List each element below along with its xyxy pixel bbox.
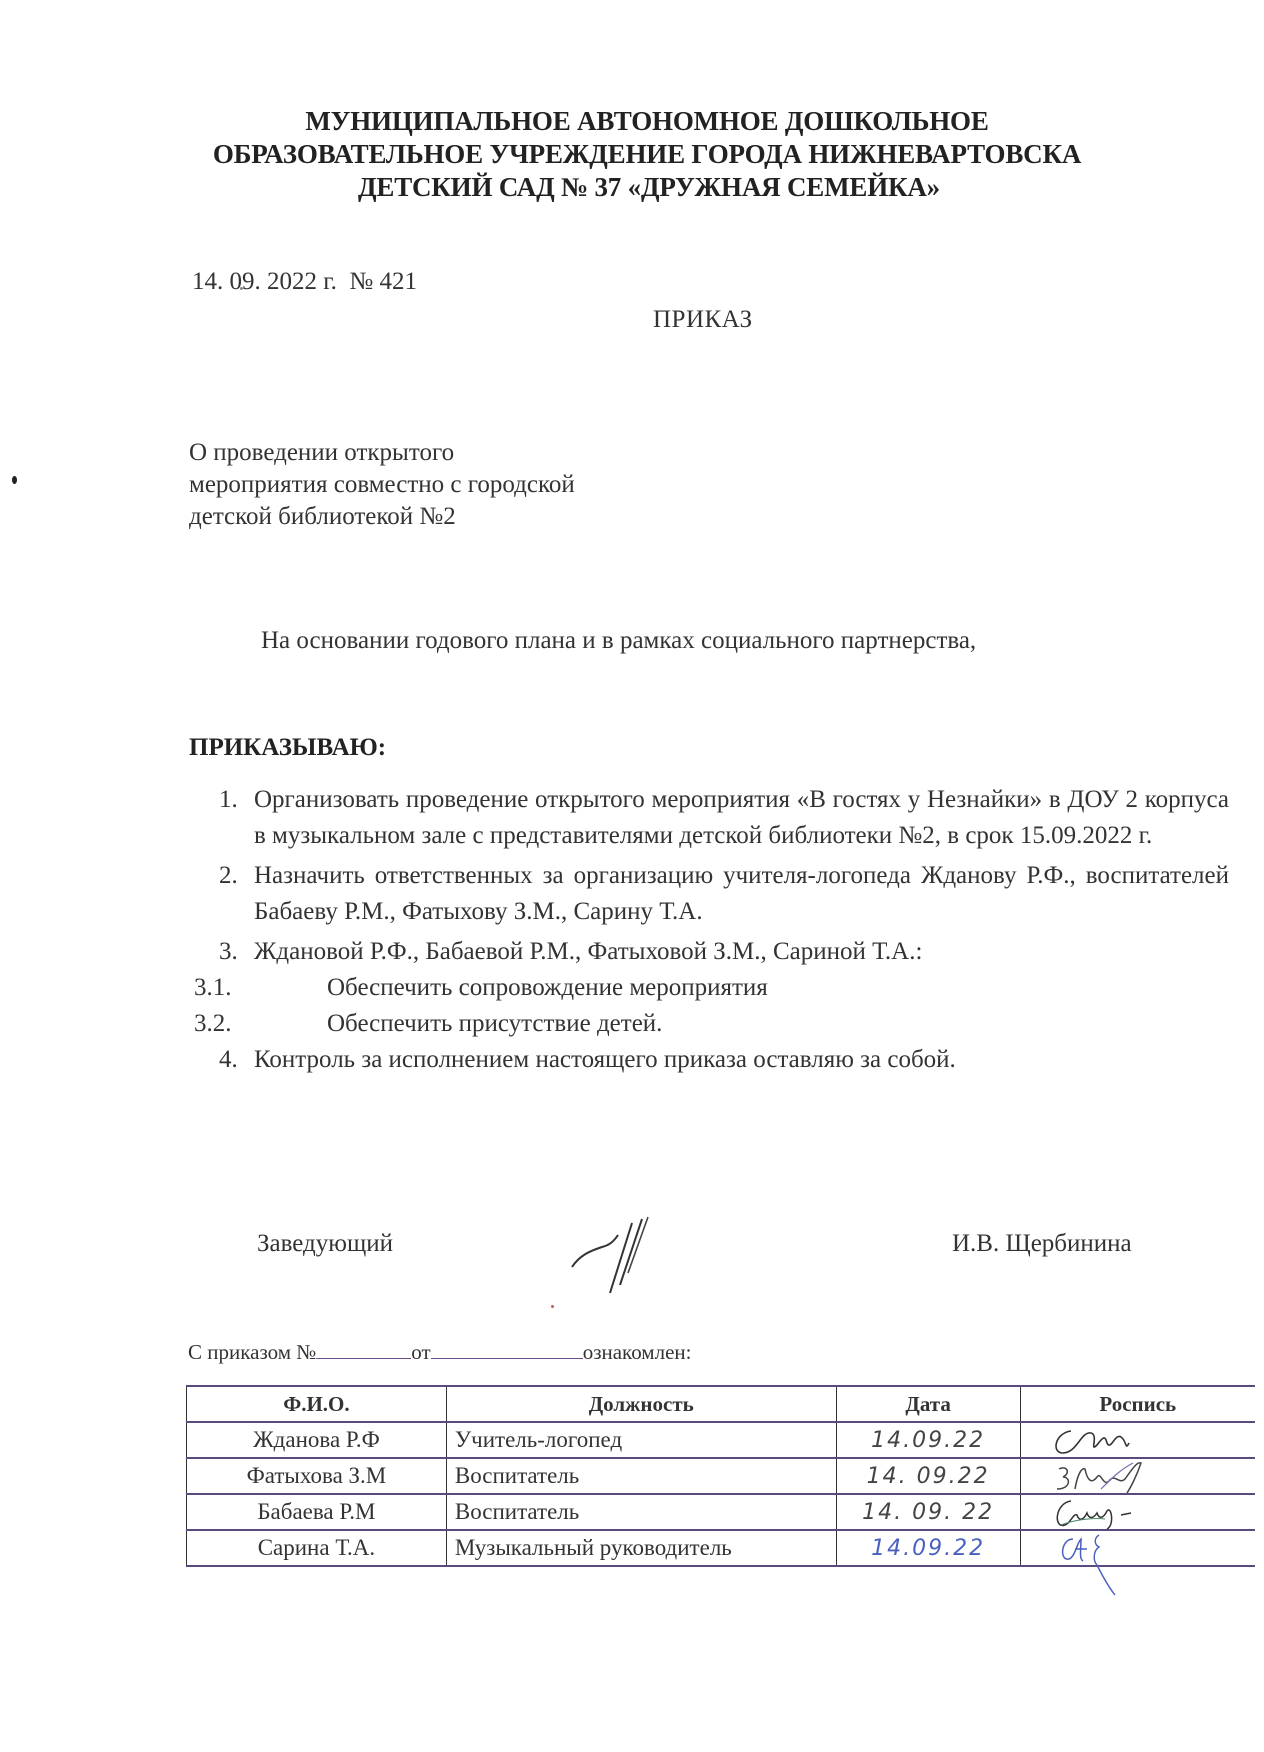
item-number: 3.: [189, 934, 254, 970]
institution-name-line-3: ДЕТСКИЙ САД № 37 «ДРУЖНАЯ СЕМЕЙКА»: [0, 171, 1264, 204]
cell-position: Музыкальный руководитель: [446, 1530, 836, 1566]
cell-signature: [1020, 1494, 1255, 1530]
signature-scribble-icon: [1041, 1531, 1181, 1601]
cell-signature: [1020, 1530, 1255, 1566]
institution-header: МУНИЦИПАЛЬНОЕ АВТОНОМНОЕ ДОШКОЛЬНОЕ ОБРА…: [0, 105, 1264, 204]
item-number: 1.: [189, 782, 254, 854]
cell-signature: [1020, 1422, 1255, 1458]
cell-position: Учитель-логопед: [446, 1422, 836, 1458]
column-header-signature: Роспись: [1020, 1386, 1255, 1422]
subject-line-3: детской библиотекой №2: [189, 501, 575, 533]
table-row: Жданова Р.Ф Учитель-логопед 14.09.22: [187, 1422, 1256, 1458]
order-date-blank[interactable]: [431, 1340, 583, 1359]
cell-date: 14.09.22: [836, 1530, 1020, 1566]
document-title: ПРИКАЗ: [653, 306, 753, 334]
order-number-blank[interactable]: [316, 1340, 411, 1359]
cell-position: Воспитатель: [446, 1494, 836, 1530]
signatory-name: И.В. Щербинина: [952, 1230, 1132, 1258]
scan-artifact: [12, 476, 17, 484]
item-number: 3.2.: [194, 1006, 269, 1042]
scan-artifact: [240, 287, 243, 290]
item-text: Ждановой Р.Ф., Бабаевой Р.М., Фатыховой …: [254, 934, 1229, 970]
scan-artifact: [551, 1305, 554, 1308]
item-text: Контроль за исполнением настоящего прика…: [254, 1042, 1229, 1078]
cell-signature: [1020, 1458, 1255, 1494]
item-text: Организовать проведение открытого меропр…: [254, 782, 1229, 854]
ack-prefix: С приказом №: [188, 1340, 316, 1364]
institution-name-line-1: МУНИЦИПАЛЬНОЕ АВТОНОМНОЕ ДОШКОЛЬНОЕ: [0, 105, 1264, 138]
cell-position: Воспитатель: [446, 1458, 836, 1494]
cell-fio: Фатыхова З.М: [187, 1458, 447, 1494]
order-subitem: 3.2. Обеспечить присутствие детей.: [189, 1006, 1229, 1042]
order-items-list: 1. Организовать проведение открытого мер…: [189, 782, 1229, 1082]
subject-line-1: О проведении открытого: [189, 437, 575, 469]
ack-suffix: ознакомлен:: [583, 1340, 692, 1364]
item-text: Обеспечить присутствие детей.: [269, 1006, 1229, 1042]
ack-middle: от: [411, 1340, 430, 1364]
acknowledgement-line: С приказом №отознакомлен:: [188, 1340, 691, 1365]
item-text: Назначить ответственных за организацию у…: [254, 858, 1229, 930]
table-row: Фатыхова З.М Воспитатель 14. 09.22: [187, 1458, 1256, 1494]
column-header-date: Дата: [836, 1386, 1020, 1422]
institution-name-line-2: ОБРАЗОВАТЕЛЬНОЕ УЧРЕЖДЕНИЕ ГОРОДА НИЖНЕВ…: [0, 138, 1264, 171]
order-item: 1. Организовать проведение открытого мер…: [189, 782, 1229, 854]
order-subitem: 3.1. Обеспечить сопровождение мероприяти…: [189, 970, 1229, 1006]
table-row: Бабаева Р.М Воспитатель 14. 09. 22: [187, 1494, 1256, 1530]
item-text: Обеспечить сопровождение мероприятия: [269, 970, 1229, 1006]
table-row: Сарина Т.А. Музыкальный руководитель 14.…: [187, 1530, 1256, 1566]
item-number: 2.: [189, 858, 254, 930]
order-item: 4. Контроль за исполнением настоящего пр…: [189, 1042, 1229, 1078]
handwritten-signature-icon: [570, 1215, 660, 1295]
cell-date: 14.09.22: [836, 1422, 1020, 1458]
table-header-row: Ф.И.О. Должность Дата Роспись: [187, 1386, 1256, 1422]
signature-scribble-icon: [1041, 1495, 1181, 1531]
cell-fio: Жданова Р.Ф: [187, 1422, 447, 1458]
cell-fio: Бабаева Р.М: [187, 1494, 447, 1530]
subject-line-2: мероприятия совместно с городской: [189, 469, 575, 501]
acknowledgement-table: Ф.И.О. Должность Дата Роспись Жданова Р.…: [186, 1385, 1255, 1567]
signatory-role: Заведующий: [257, 1230, 393, 1258]
column-header-fio: Ф.И.О.: [187, 1386, 447, 1422]
order-subject: О проведении открытого мероприятия совме…: [189, 437, 575, 533]
order-item: 2. Назначить ответственных за организаци…: [189, 858, 1229, 930]
order-basis: На основании годового плана и в рамках с…: [261, 627, 976, 655]
cell-fio: Сарина Т.А.: [187, 1530, 447, 1566]
order-date-number: 14. 09. 2022 г. № 421: [192, 268, 417, 296]
column-header-position: Должность: [446, 1386, 836, 1422]
item-number: 4.: [189, 1042, 254, 1078]
signature-scribble-icon: [1041, 1423, 1181, 1459]
item-number: 3.1.: [194, 970, 269, 1006]
cell-date: 14. 09. 22: [836, 1494, 1020, 1530]
order-item: 3. Ждановой Р.Ф., Бабаевой Р.М., Фатыхов…: [189, 934, 1229, 970]
signature-scribble-icon: [1041, 1459, 1181, 1495]
cell-date: 14. 09.22: [836, 1458, 1020, 1494]
order-directive-heading: ПРИКАЗЫВАЮ:: [189, 734, 386, 762]
